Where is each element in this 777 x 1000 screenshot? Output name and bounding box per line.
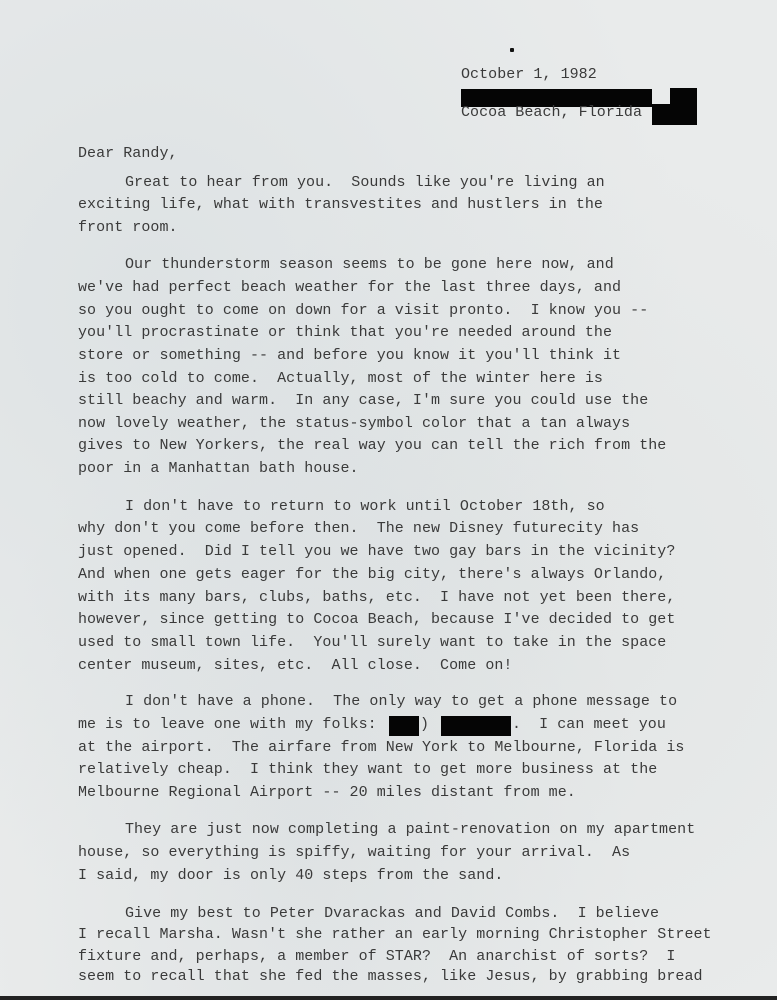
paragraph-4-line: I don't have a phone. The only way to ge… <box>125 693 677 710</box>
paragraph-2-line: poor in a Manhattan bath house. <box>78 460 359 477</box>
redacted-zip <box>652 104 697 125</box>
paragraph-3-line: however, since getting to Cocoa Beach, b… <box>78 611 675 628</box>
paragraph-6-line: fixture and, perhaps, a member of STAR? … <box>78 948 675 965</box>
paragraph-4-line: me is to leave one with my folks: <box>78 716 377 733</box>
paragraph-2-line: we've had perfect beach weather for the … <box>78 279 621 296</box>
redacted-phone-number <box>441 716 511 736</box>
paragraph-3-line: used to small town life. You'll surely w… <box>78 634 666 651</box>
paragraph-1-line: Great to hear from you. Sounds like you'… <box>125 174 605 191</box>
paragraph-5-line: I said, my door is only 40 steps from th… <box>78 867 503 884</box>
ink-speck <box>510 48 514 52</box>
paragraph-1-line: exciting life, what with transvestites a… <box>78 196 603 213</box>
paragraph-2-line: is too cold to come. Actually, most of t… <box>78 370 603 387</box>
paragraph-4-line: at the airport. The airfare from New Yor… <box>78 739 684 756</box>
letter-page: October 1, 1982 Cocoa Beach, Florida Dea… <box>0 0 777 1000</box>
phone-suffix: . I can meet you <box>512 716 666 733</box>
paragraph-1-line: front room. <box>78 219 178 236</box>
paragraph-2-line: still beachy and warm. In any case, I'm … <box>78 392 648 409</box>
paragraph-6-line: seem to recall that she fed the masses, … <box>78 968 703 985</box>
paragraph-3-line: why don't you come before then. The new … <box>78 520 639 537</box>
paragraph-2-line: Our thunderstorm season seems to be gone… <box>125 256 614 273</box>
redacted-area-code <box>389 716 419 736</box>
paragraph-3-line: with its many bars, clubs, baths, etc. I… <box>78 589 675 606</box>
paragraph-6-line: Give my best to Peter Dvarackas and Davi… <box>125 905 659 922</box>
paragraph-5-line: They are just now completing a paint-ren… <box>125 821 695 838</box>
paragraph-3-line: I don't have to return to work until Oct… <box>125 498 605 515</box>
salutation: Dear Randy, <box>78 145 178 162</box>
paragraph-2-line: now lovely weather, the status-symbol co… <box>78 415 630 432</box>
scan-edge <box>0 996 777 1000</box>
letter-date: October 1, 1982 <box>461 66 597 83</box>
paragraph-2-line: store or something -- and before you kno… <box>78 347 621 364</box>
paragraph-4-line: relatively cheap. I think they want to g… <box>78 761 657 778</box>
paragraph-2-line: so you ought to come on down for a visit… <box>78 302 648 319</box>
letter-location: Cocoa Beach, Florida <box>461 104 642 121</box>
paragraph-6-line: I recall Marsha. Wasn't she rather an ea… <box>78 926 712 943</box>
paragraph-3-line: center museum, sites, etc. All close. Co… <box>78 657 512 674</box>
phone-paren: ) <box>420 716 429 733</box>
paragraph-2-line: gives to New Yorkers, the real way you c… <box>78 437 666 454</box>
paragraph-4-line: Melbourne Regional Airport -- 20 miles d… <box>78 784 576 801</box>
paragraph-2-line: you'll procrastinate or think that you'r… <box>78 324 612 341</box>
paragraph-5-line: house, so everything is spiffy, waiting … <box>78 844 630 861</box>
paragraph-3-line: just opened. Did I tell you we have two … <box>78 543 675 560</box>
paragraph-3-line: And when one gets eager for the big city… <box>78 566 666 583</box>
